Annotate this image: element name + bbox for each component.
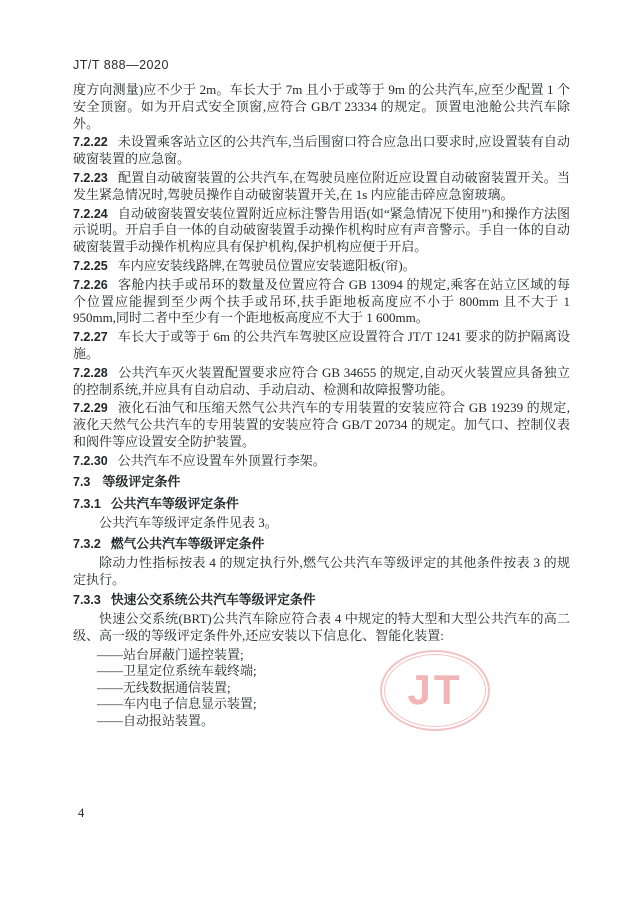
subsection-title: 燃气公共汽车等级评定条件: [111, 536, 265, 551]
list-item: ——无线数据通信装置;: [97, 680, 570, 697]
jt-logo-text: JT: [407, 669, 462, 711]
subsection-title: 公共汽车等级评定条件: [111, 496, 239, 511]
subsection-number: 7.3.2: [73, 537, 111, 551]
clause-text: 配置自动破窗装置的公共汽车,在驾驶员座位附近应设置自动破窗装置开关。当发生紧急情…: [73, 170, 570, 202]
clause-paragraph: 7.2.28公共汽车灭火装置配置要求应符合 GB 34655 的规定,自动灭火装…: [73, 365, 570, 399]
page-number: 4: [78, 806, 84, 821]
clause-paragraph: 7.2.24自动破窗装置安装位置附近应标注警告用语(如“紧急情况下使用”)和操作…: [73, 206, 570, 256]
clause-paragraph: 7.2.25车内应安装线路牌,在驾驶员位置应安装遮阳板(帘)。: [73, 258, 570, 275]
clause-text: 车内应安装线路牌,在驾驶员位置应安装遮阳板(帘)。: [118, 258, 416, 273]
page-content: 度方向测量)应不少于 2m。车长大于 7m 且小于或等于 9m 的公共汽车,应至…: [73, 82, 570, 729]
subsection-title: 快速公交系统公共汽车等级评定条件: [111, 592, 316, 607]
clause-number: 7.2.23: [73, 171, 118, 185]
clause-paragraph: 7.2.30公共汽车不应设置车外顶置行李架。: [73, 453, 570, 470]
jt-logo-watermark: JT: [380, 650, 490, 731]
clause-paragraph: 7.2.26客舱内扶手或吊环的数量及位置应符合 GB 13094 的规定,乘客在…: [73, 277, 570, 327]
subsection-heading: 7.3.3快速公交系统公共汽车等级评定条件: [73, 592, 570, 609]
section-number: 7.3: [73, 475, 102, 489]
clause-number: 7.2.27: [73, 330, 118, 344]
list-item: ——车内电子信息显示装置;: [97, 696, 570, 713]
clause-paragraph: 7.2.29液化石油气和压缩天然气公共汽车的专用装置的安装应符合 GB 1923…: [73, 400, 570, 450]
clause-number: 7.2.24: [73, 207, 118, 221]
list-item: ——站台屏蔽门遥控装置;: [97, 647, 570, 664]
subsection-paragraph: 快速公交系统(BRT)公共汽车除应符合表 4 中规定的特大型和大型公共汽车的高二…: [73, 611, 570, 645]
clause-number: 7.2.29: [73, 401, 118, 415]
subsection-heading: 7.3.2燃气公共汽车等级评定条件: [73, 536, 570, 553]
clause-text: 客舱内扶手或吊环的数量及位置应符合 GB 13094 的规定,乘客在站立区域的每…: [73, 277, 570, 326]
clause-text: 车长大于或等于 6m 的公共汽车驾驶区应设置符合 JT/T 1241 要求的防护…: [73, 329, 570, 361]
section-title: 等级评定条件: [102, 474, 180, 489]
clause-number: 7.2.22: [73, 135, 118, 149]
brt-feature-list: ——站台屏蔽门遥控装置; ——卫星定位系统车载终端; ——无线数据通信装置; —…: [73, 647, 570, 730]
clause-number: 7.2.25: [73, 259, 118, 273]
clause-text: 公共汽车不应设置车外顶置行李架。: [118, 453, 326, 468]
document-page: JT/T 888—2020 度方向测量)应不少于 2m。车长大于 7m 且小于或…: [0, 0, 632, 897]
clause-text: 公共汽车灭火装置配置要求应符合 GB 34655 的规定,自动灭火装置应具备独立…: [73, 365, 570, 397]
subsection-heading: 7.3.1公共汽车等级评定条件: [73, 496, 570, 513]
clause-number: 7.2.28: [73, 366, 118, 380]
list-item: ——自动报站装置。: [97, 713, 570, 730]
clause-paragraph: 7.2.23配置自动破窗装置的公共汽车,在驾驶员座位附近应设置自动破窗装置开关。…: [73, 170, 570, 204]
subsection-number: 7.3.1: [73, 497, 111, 511]
intro-paragraph: 度方向测量)应不少于 2m。车长大于 7m 且小于或等于 9m 的公共汽车,应至…: [73, 82, 570, 132]
jt-logo-inner-ring: JT: [384, 654, 486, 727]
standard-number-header: JT/T 888—2020: [73, 58, 169, 72]
clause-text: 液化石油气和压缩天然气公共汽车的专用装置的安装应符合 GB 19239 的规定,…: [73, 400, 570, 449]
clause-text: 自动破窗装置安装位置附近应标注警告用语(如“紧急情况下使用”)和操作方法图示说明…: [73, 206, 570, 255]
clause-number: 7.2.26: [73, 278, 118, 292]
subsection-paragraph: 除动力性指标按表 4 的规定执行外,燃气公共汽车等级评定的其他条件按表 3 的规…: [73, 555, 570, 589]
clause-paragraph: 7.2.27车长大于或等于 6m 的公共汽车驾驶区应设置符合 JT/T 1241…: [73, 329, 570, 363]
subsection-number: 7.3.3: [73, 593, 111, 607]
section-heading: 7.3等级评定条件: [73, 474, 570, 491]
subsection-paragraph: 公共汽车等级评定条件见表 3。: [73, 515, 570, 532]
clause-paragraph: 7.2.22未设置乘客站立区的公共汽车,当后围窗口符合应急出口要求时,应设置装有…: [73, 134, 570, 168]
list-item: ——卫星定位系统车载终端;: [97, 663, 570, 680]
clause-text: 未设置乘客站立区的公共汽车,当后围窗口符合应急出口要求时,应设置装有自动破窗装置…: [73, 134, 570, 166]
clause-number: 7.2.30: [73, 454, 118, 468]
